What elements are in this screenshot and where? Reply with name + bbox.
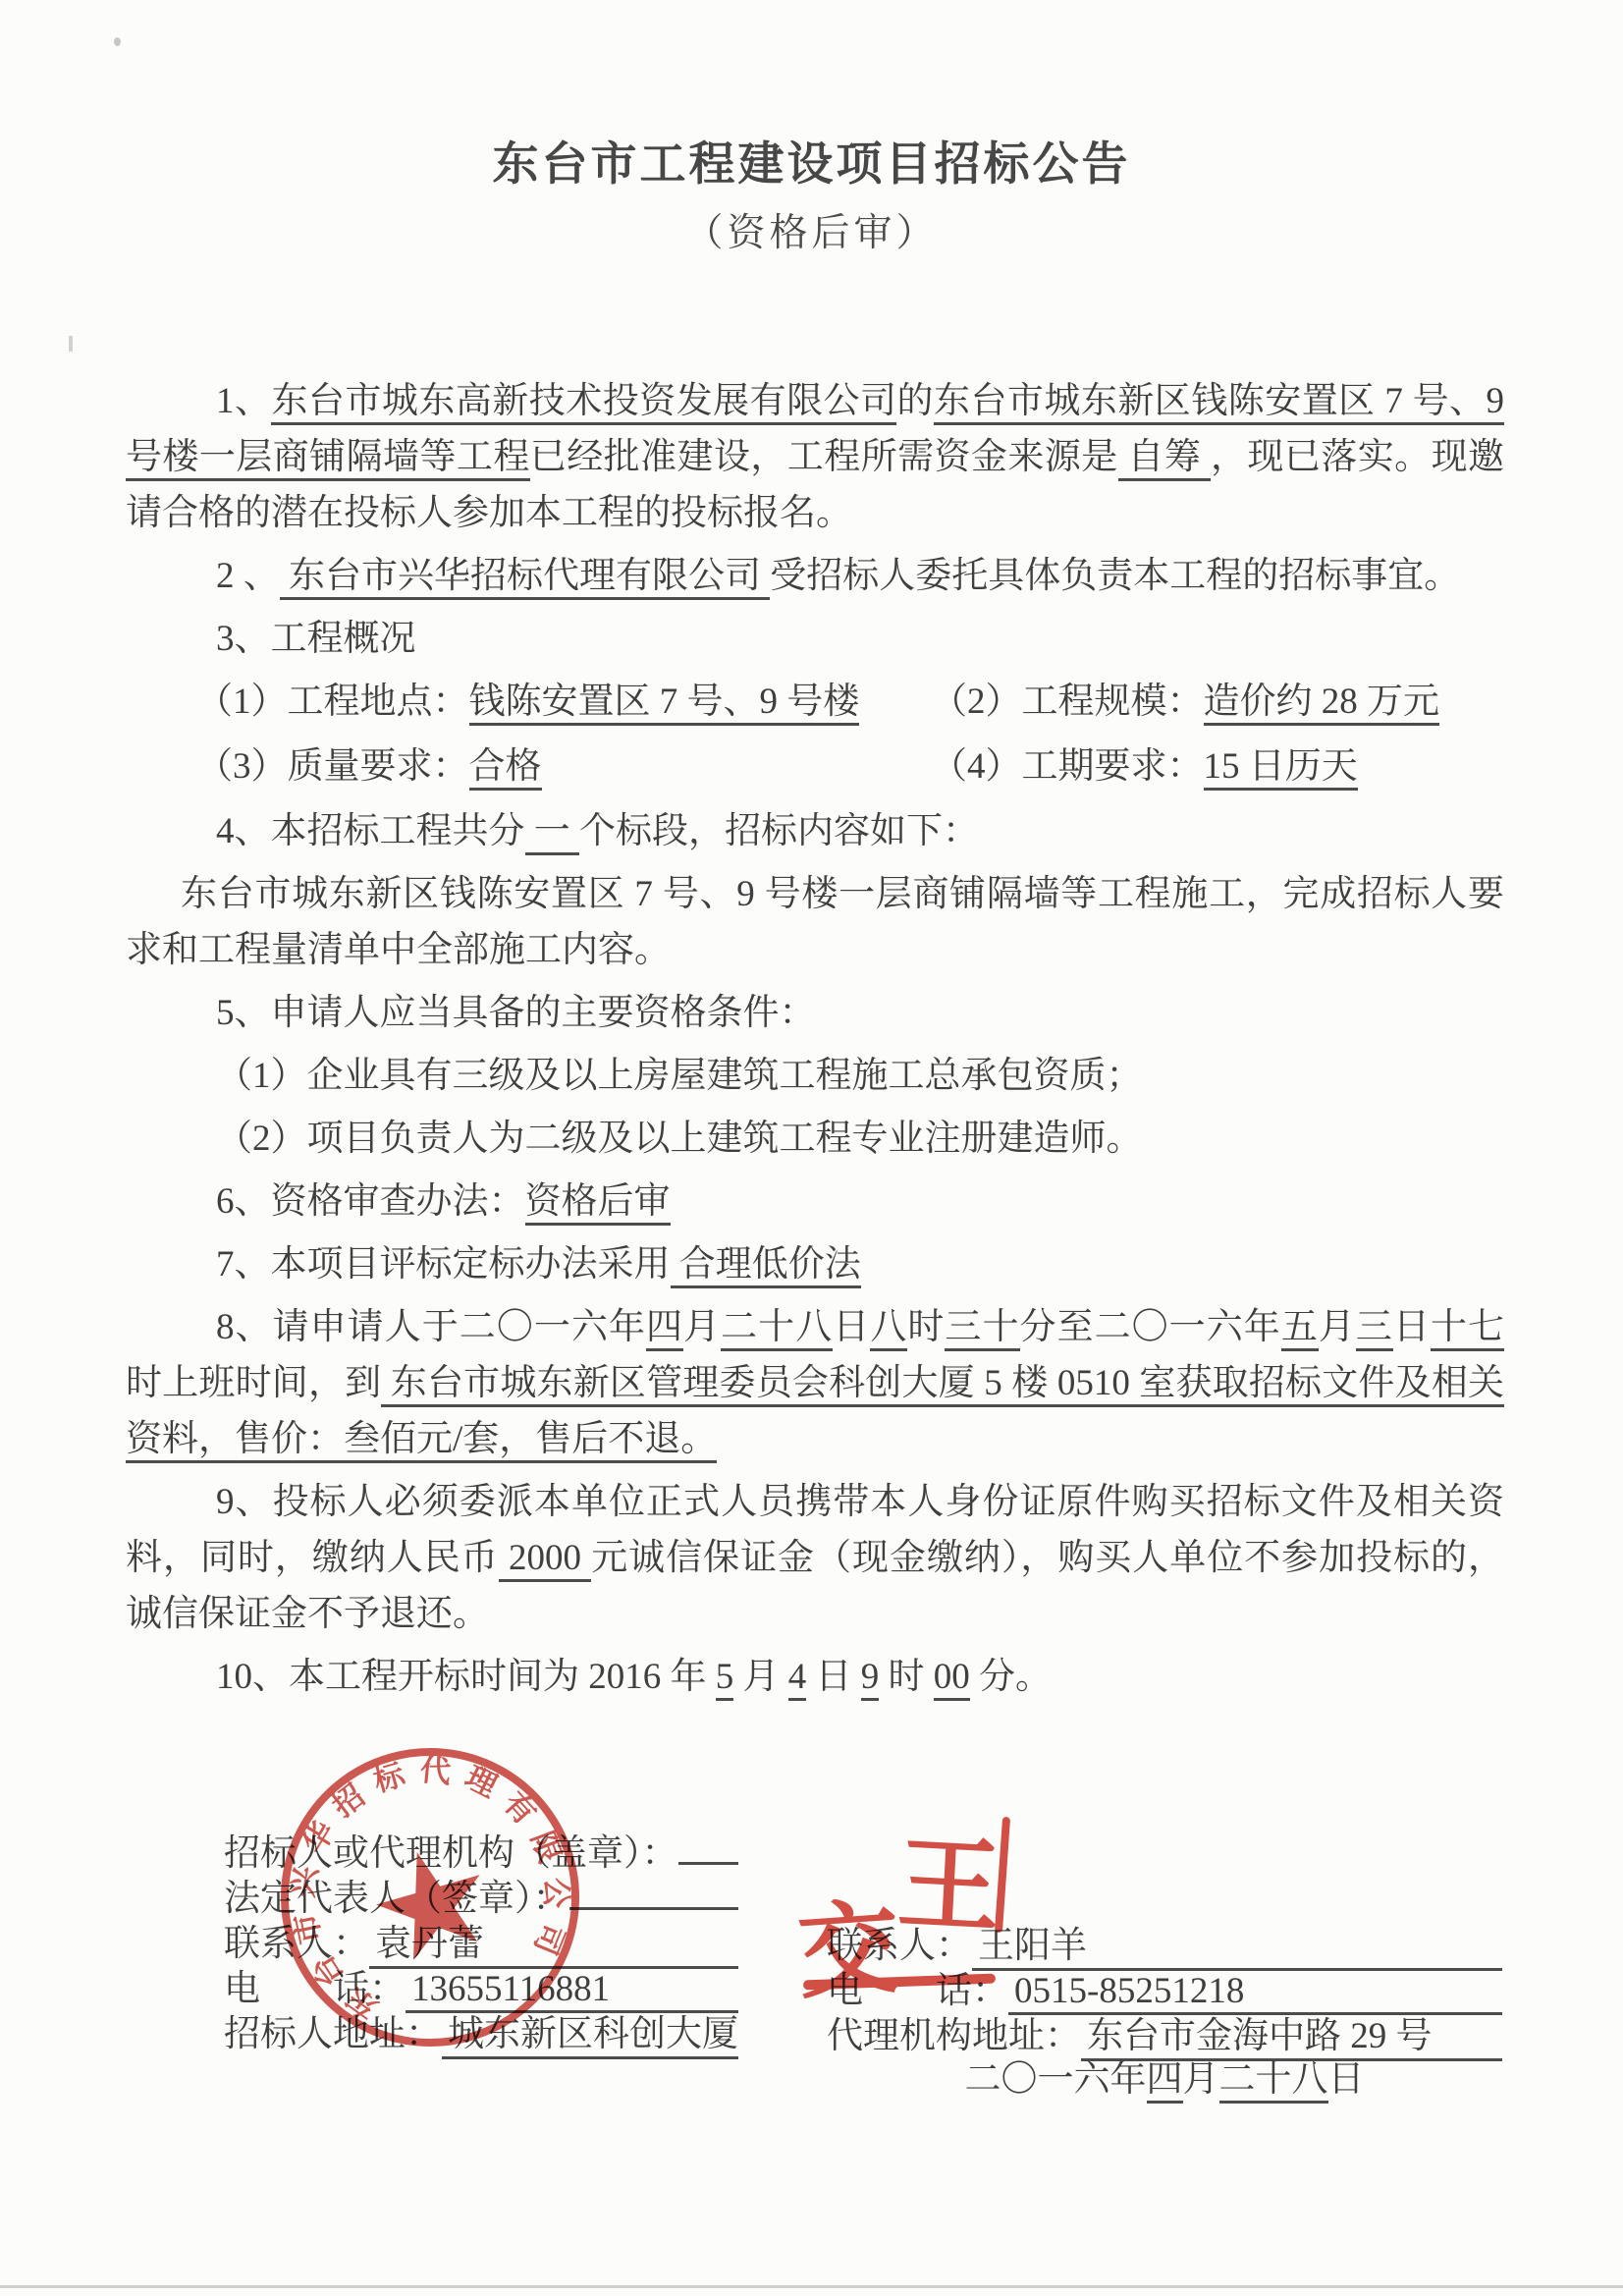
underlined-text: 三十 — [945, 1307, 1019, 1351]
text-segment: 月 — [733, 1657, 788, 1697]
text-segment: （1）企业具有三级及以上房屋建筑工程施工总承包资质； — [216, 1056, 1143, 1096]
document-date: 二〇一六年四月二十八日 — [827, 2049, 1502, 2102]
underlined-text: 二十八 — [721, 1307, 833, 1351]
scan-artifact — [114, 37, 121, 46]
field-label: （3）质量要求： — [196, 746, 469, 787]
field-value: 王阳羊 — [972, 1915, 1502, 1971]
underlined-text: 东台市兴华招标代理有限公司 — [280, 556, 771, 600]
scan-artifact — [69, 336, 73, 352]
field-label: （1）工程地点： — [196, 682, 469, 722]
text-segment: 4、本招标工程共分 — [216, 811, 525, 851]
field-label: （4）工期要求： — [931, 746, 1204, 787]
paragraph-5: 5、申请人应当具备的主要资格条件： — [126, 985, 1504, 1041]
text-segment: 受招标人委托具体负责本工程的招标事宜。 — [770, 556, 1460, 596]
paragraph-9: 9、投标人必须委派本单位正式人员携带本人身份证原件购买招标文件及相关资料，同时，… — [126, 1474, 1504, 1642]
underlined-text: 四 — [1147, 2059, 1183, 2104]
text-segment: 日 — [833, 1307, 870, 1347]
paragraph-5-item-2: （2）项目负责人为二级及以上建筑工程专业注册建造师。 — [126, 1111, 1504, 1167]
text-segment: 日 — [806, 1657, 861, 1697]
paragraph-8: 8、请申请人于二〇一六年四月二十八日八时三十分至二〇一六年五月三日十七时上班时间… — [126, 1299, 1504, 1467]
text-segment: （2）项目负责人为二级及以上建筑工程专业注册建造师。 — [216, 1119, 1143, 1159]
text-segment: 个标段，招标内容如下： — [579, 811, 979, 851]
underlined-text: 5 — [716, 1657, 734, 1701]
paragraph-7: 7、本项目评标定标办法采用 合理低价法 — [126, 1236, 1504, 1292]
text-segment: 8、请申请人于二〇一六年 — [216, 1307, 646, 1347]
text-segment: 5、申请人应当具备的主要资格条件： — [216, 993, 816, 1033]
field-value: 合格 — [469, 746, 542, 791]
text-segment: 6、资格审查办法： — [216, 1181, 525, 1222]
underlined-text: 4 — [788, 1657, 807, 1701]
underlined-text: 00 — [934, 1657, 970, 1701]
paragraph-3: 3、工程概况 — [126, 611, 1504, 667]
text-segment: 日 — [1328, 2059, 1365, 2100]
text-segment: 日 — [1393, 1307, 1431, 1347]
underlined-text: 东台市城东高新技术投资发展有限公司 — [271, 381, 896, 425]
text-segment: 3、工程概况 — [216, 619, 416, 659]
text-segment: 2 、 — [216, 556, 280, 596]
text-segment: 东台市城东新区钱陈安置区 7 号、9 号楼一层商铺隔墙等工程施工，完成招标人要求… — [126, 874, 1504, 970]
duration-requirement-item: （4）工期要求：15 日历天 — [931, 738, 1504, 794]
text-segment: 月 — [1319, 1307, 1356, 1347]
project-info-row-1: （1）工程地点：钱陈安置区 7 号、9 号楼 （2）工程规模：造价约 28 万元 — [126, 674, 1504, 730]
blank-signature-line — [678, 1862, 739, 1865]
underlined-text: 自筹 — [1118, 437, 1211, 481]
page-subtitle: （资格后审） — [0, 202, 1623, 257]
project-location-item: （1）工程地点：钱陈安置区 7 号、9 号楼 — [196, 674, 931, 730]
underlined-text: 八 — [870, 1307, 907, 1351]
document-body: 1、东台市城东高新技术投资发展有限公司的东台市城东新区钱陈安置区 7 号、9 号… — [126, 373, 1504, 1712]
underlined-text: 五 — [1281, 1307, 1319, 1351]
text-segment: 时 — [879, 1657, 934, 1697]
paragraph-10: 10、本工程开标时间为 2016 年 5 月 4 日 9 时 00 分。 — [126, 1649, 1504, 1705]
signature-character: 交 — [792, 1865, 904, 2019]
underlined-text: 9 — [861, 1657, 880, 1701]
paragraph-6: 6、资格审查办法：资格后审 — [126, 1174, 1504, 1230]
page-title: 东台市工程建设项目招标公告 — [0, 128, 1623, 193]
text-segment: 7、本项目评标定标办法采用 — [216, 1244, 671, 1285]
underlined-text: 合理低价法 — [671, 1244, 861, 1288]
text-segment: 1、 — [216, 381, 271, 421]
text-segment: 的 — [896, 381, 933, 421]
quality-requirement-item: （3）质量要求：合格 — [196, 738, 931, 794]
agency-address-row: 代理机构地址： 东台市金海中路 29 号 — [827, 2005, 1502, 2050]
field-value: 造价约 28 万元 — [1204, 682, 1440, 726]
text-segment: 月 — [1183, 2059, 1219, 2100]
scanned-document-page: 东台市工程建设项目招标公告 （资格后审） 1、东台市城东高新技术投资发展有限公司… — [0, 0, 1623, 2296]
field-value: 钱陈安置区 7 号、9 号楼 — [469, 682, 860, 726]
text-segment: 二〇一六年 — [965, 2059, 1147, 2100]
text-segment: 分至二〇一六年 — [1020, 1307, 1281, 1347]
paragraph-4: 4、本招标工程共分 一 个标段，招标内容如下： — [126, 803, 1504, 859]
underlined-text: 一 — [525, 811, 580, 855]
project-scale-item: （2）工程规模：造价约 28 万元 — [931, 674, 1504, 730]
text-segment: 时 — [907, 1307, 945, 1347]
field-value: 15 日历天 — [1204, 746, 1358, 791]
underlined-text: 三 — [1356, 1307, 1393, 1351]
underlined-text: 2000 — [499, 1538, 591, 1582]
text-segment: 10、本工程开标时间为 2016 年 — [216, 1657, 716, 1697]
seal-star-icon — [365, 1837, 498, 1966]
scan-edge-line — [0, 2285, 1623, 2288]
underlined-text: 十七 — [1431, 1307, 1504, 1351]
text-segment: 时上班时间，到 — [126, 1363, 381, 1403]
signature-mark-stamp: 王 交 — [795, 1817, 1006, 1989]
text-segment: 月 — [683, 1307, 721, 1347]
paragraph-1: 1、东台市城东高新技术投资发展有限公司的东台市城东新区钱陈安置区 7 号、9 号… — [126, 373, 1504, 541]
underlined-text: 二十八 — [1219, 2059, 1328, 2104]
paragraph-2: 2 、 东台市兴华招标代理有限公司 受招标人委托具体负责本工程的招标事宜。 — [126, 548, 1504, 604]
paragraph-5-item-1: （1）企业具有三级及以上房屋建筑工程施工总承包资质； — [126, 1048, 1504, 1104]
field-label: （2）工程规模： — [931, 682, 1204, 722]
underlined-text: 资格后审 — [525, 1181, 671, 1226]
underlined-text: 四 — [646, 1307, 683, 1351]
paragraph-4-continuation: 东台市城东新区钱陈安置区 7 号、9 号楼一层商铺隔墙等工程施工，完成招标人要求… — [126, 866, 1504, 978]
project-info-row-2: （3）质量要求：合格 （4）工期要求：15 日历天 — [126, 738, 1504, 794]
signature-character: 王 — [894, 1800, 1004, 1952]
text-segment: 已经批准建设，工程所需资金来源是 — [530, 437, 1118, 477]
text-segment: 分。 — [970, 1657, 1052, 1697]
